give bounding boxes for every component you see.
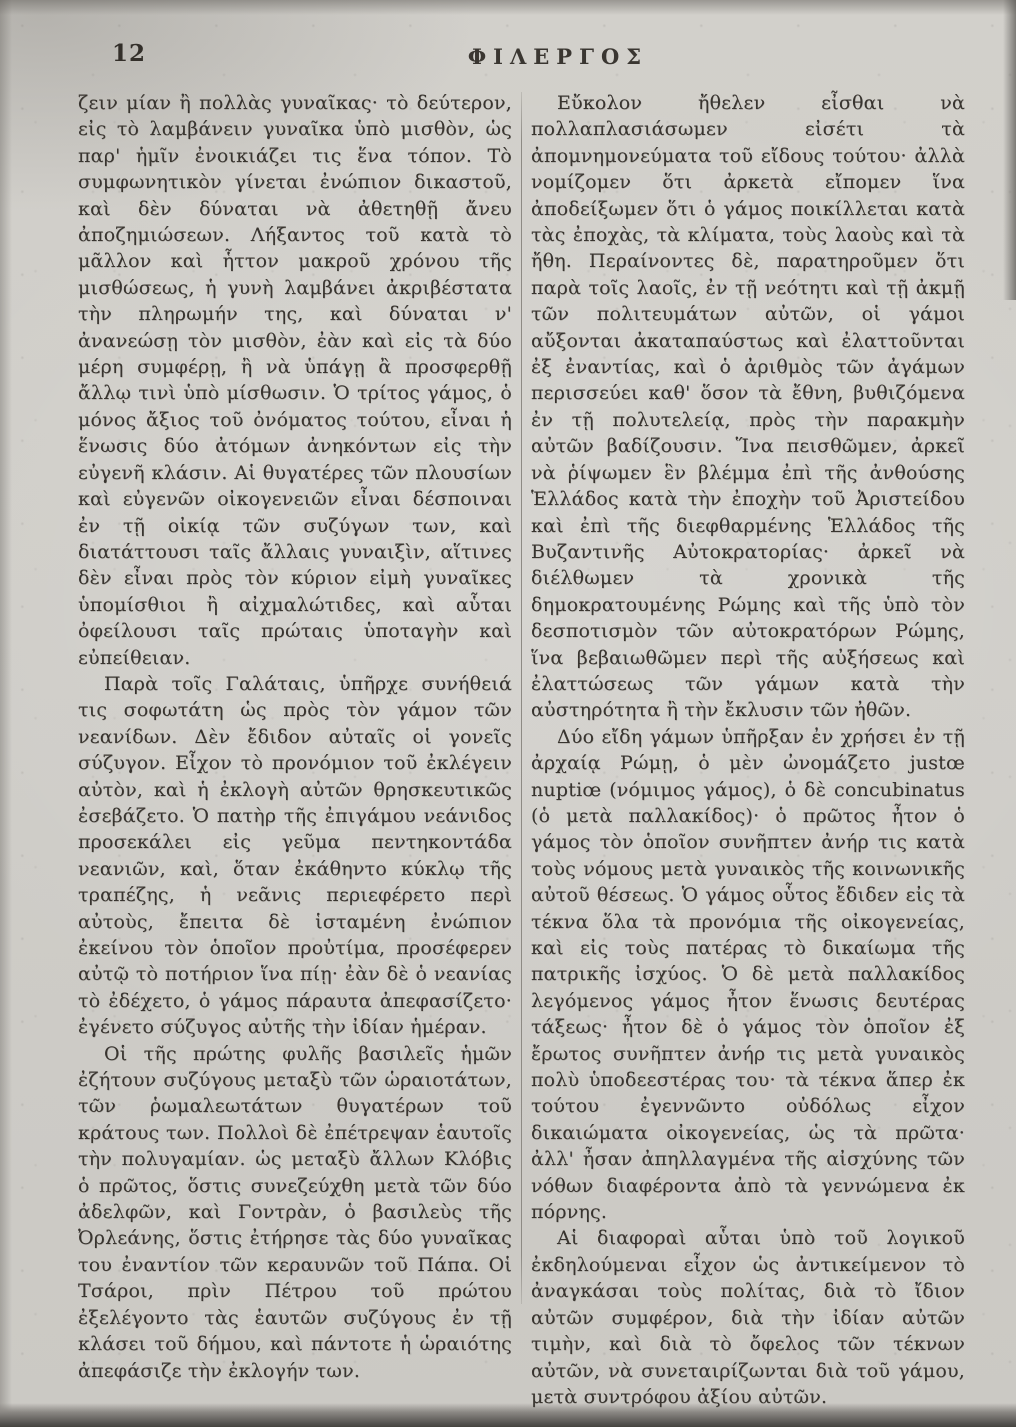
paragraph: Εὔκολον ἤθελεν εἶσθαι νὰ πολλαπλασιάσωμε… — [531, 90, 965, 724]
paragraph: ζειν μίαν ἢ πολλὰς γυναῖκας· τὸ δεύτερον… — [78, 90, 512, 671]
journal-title: ΦΙΛΕΡΓΟΣ — [100, 44, 1016, 69]
left-column: ζειν μίαν ἢ πολλὰς γυναῖκας· τὸ δεύτερον… — [78, 90, 512, 1384]
paragraph: Παρὰ τοῖς Γαλάταις, ὑπῆρχε συνήθειά τις … — [78, 671, 512, 1041]
scan-edge-left — [0, 0, 12, 1427]
scanned-page: 12 ΦΙΛΕΡΓΟΣ ζειν μίαν ἢ πολλὰς γυναῖκας·… — [0, 0, 1016, 1427]
page-header: 12 ΦΙΛΕΡΓΟΣ — [0, 0, 1016, 88]
column-divider — [521, 92, 522, 1304]
text-columns: ζειν μίαν ἢ πολλὰς γυναῖκας· τὸ δεύτερον… — [78, 90, 966, 1410]
right-column: Εὔκολον ἤθελεν εἶσθαι νὰ πολλαπλασιάσωμε… — [531, 90, 965, 1410]
paragraph: Οἱ τῆς πρώτης φυλῆς βασιλεῖς ἡμῶν ἐζήτου… — [78, 1041, 512, 1384]
paragraph: Αἱ διαφοραὶ αὗται ὑπὸ τοῦ λογικοῦ ἐκδηλο… — [531, 1225, 965, 1410]
paragraph: Δύο εἴδη γάμων ὑπῆρξαν ἐν χρήσει ἐν τῇ ἀ… — [531, 724, 965, 1226]
